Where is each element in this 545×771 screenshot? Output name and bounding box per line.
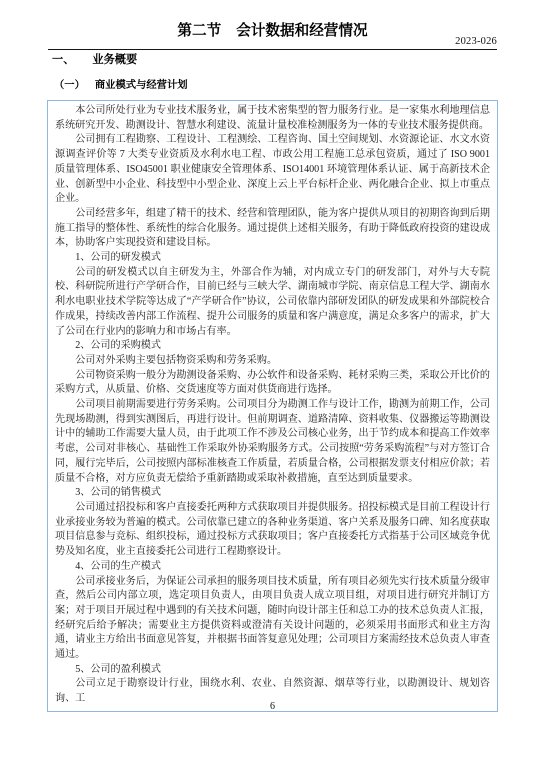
heading-business-model: （一） 商业模式与经营计划	[54, 76, 545, 91]
body-paragraph: 公司项目前期需要进行劳务采购。公司项目分为勘测工作与设计工作，勘测为前期工作，公…	[55, 398, 490, 486]
heading-business-summary: 一、 业务概要	[52, 51, 545, 67]
body-paragraph: 公司承接业务后，为保证公司承担的服务项目技术质量，所有项目必须先实行技术质量分级…	[55, 575, 490, 663]
document-page: 2023-026 第二节 会计数据和经营情况 一、 业务概要 （一） 商业模式与…	[0, 0, 545, 771]
heading-level1-text: 业务概要	[92, 51, 137, 67]
header-divider	[48, 49, 497, 50]
page-number: 6	[0, 701, 545, 712]
business-model-text-box: 本公司所处行业为专业技术服务业，属于技术密集型的智力服务行业。是一家集水利地理信…	[47, 100, 498, 712]
body-paragraph: 公司经营多年，组建了精干的技术、经营和管理团队，能为客户提供从项目的初期咨询到后…	[55, 207, 490, 251]
body-paragraph: 公司拥有工程勘察、工程设计、工程测绘、工程咨询、国土空间规划、水资源论证、水文水…	[55, 133, 490, 207]
sub-heading: 2、公司的采购模式	[55, 339, 490, 354]
heading-level1-number: 一、	[52, 51, 74, 67]
document-number: 2023-026	[48, 36, 497, 49]
heading-level2-text: 商业模式与经营计划	[95, 76, 188, 91]
body-paragraph: 公司物资采购一般分为勘测设备采购、办公软件和设备采购、耗材采购三类，采取公开比价…	[55, 369, 490, 398]
sub-heading: 1、公司的研发模式	[55, 251, 490, 266]
body-paragraph: 公司的研发模式以自主研发为主，外部合作为辅，对内成立专门的研发部门，对外与大专院…	[55, 266, 490, 340]
sub-heading: 5、公司的盈利模式	[55, 663, 490, 678]
heading-level2-number: （一）	[54, 76, 85, 91]
body-paragraph: 公司对外采购主要包括物资采购和劳务采购。	[55, 354, 490, 369]
sub-heading: 4、公司的生产模式	[55, 560, 490, 575]
sub-heading: 3、公司的销售模式	[55, 486, 490, 501]
body-paragraph: 本公司所处行业为专业技术服务业，属于技术密集型的智力服务行业。是一家集水利地理信…	[55, 104, 490, 133]
body-paragraph: 公司通过招投标和客户直接委托两种方式获取项目并提供服务。招投标模式是目前工程设计…	[55, 501, 490, 560]
page-header: 2023-026	[48, 36, 497, 50]
